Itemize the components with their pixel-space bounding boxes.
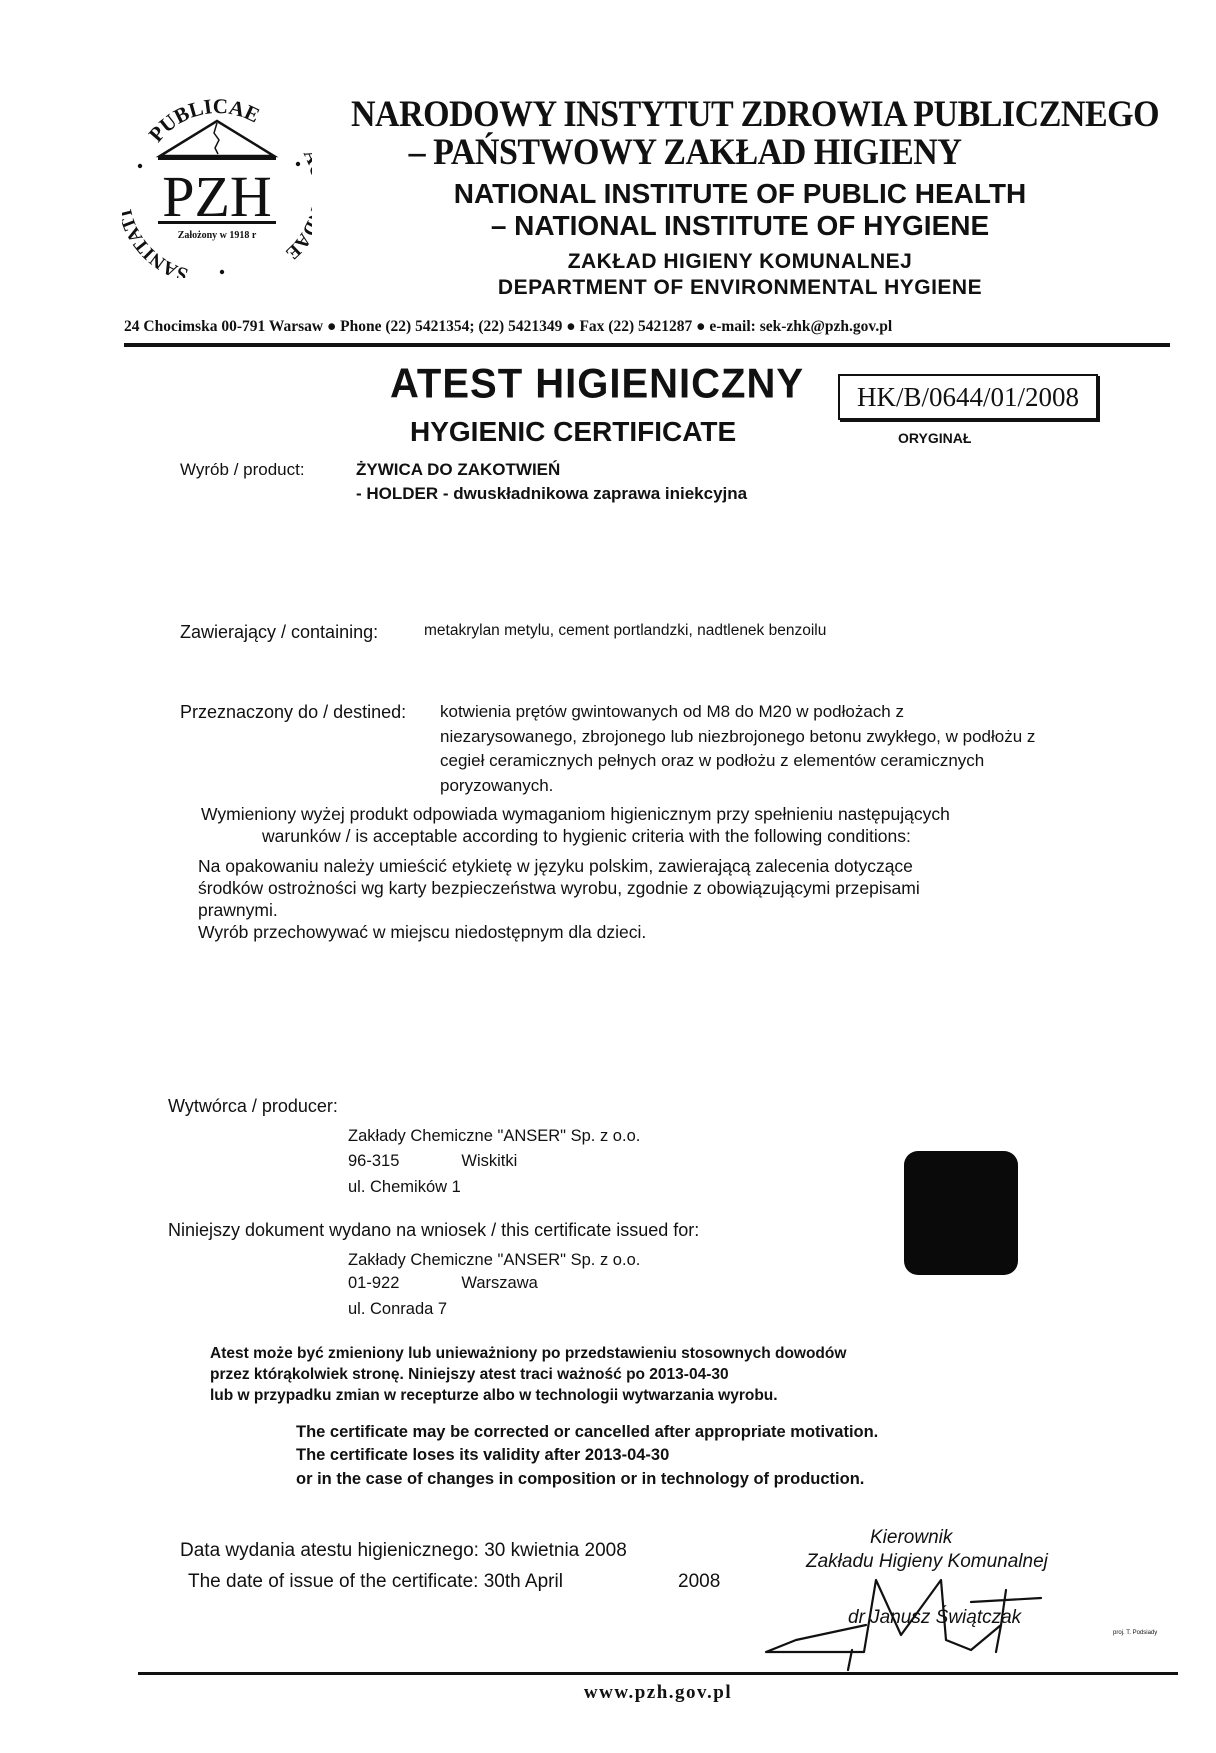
producer-label: Wytwórca / producer: — [168, 1096, 338, 1117]
institute-name-en-2: – NATIONAL INSTITUTE OF HYGIENE — [400, 210, 1080, 242]
header-divider — [124, 343, 1170, 347]
institute-name-pl-2: – PAŃSTWOWY ZAKŁAD HIGIENY — [330, 132, 1040, 173]
issued-for-label: Niniejszy dokument wydano na wniosek / t… — [168, 1220, 699, 1241]
footer-website-link[interactable]: www.pzh.gov.pl — [0, 1682, 1216, 1704]
condition-line: prawnymi. — [198, 900, 278, 921]
redacted-stamp — [904, 1151, 1018, 1275]
contact-line: 24 Chocimska 00-791 Warsaw ● Phone (22) … — [124, 318, 1174, 336]
producer-company: Zakłady Chemiczne "ANSER" Sp. z o.o. — [348, 1127, 640, 1146]
footer-divider — [138, 1672, 1178, 1675]
issue-date-en-year: 2008 — [678, 1571, 720, 1593]
issue-date-en: The date of issue of the certificate: 30… — [188, 1571, 563, 1593]
containing-label: Zawierający / containing: — [180, 622, 378, 643]
destined-line: cegieł ceramicznych pełnych oraz w podło… — [440, 751, 984, 771]
pzh-logo: PUBLICAE SANITATI AUGENDAE PZH Założony … — [122, 88, 312, 278]
validity-pl-line: przez którąkolwiek stronę. Niniejszy ate… — [210, 1366, 729, 1384]
issued-for-street: ul. Conrada 7 — [348, 1300, 447, 1319]
producer-postal-city: 96-315Wiskitki — [348, 1152, 517, 1171]
producer-street: ul. Chemików 1 — [348, 1178, 461, 1197]
copy-type-label: ORYGINAŁ — [898, 430, 971, 446]
certificate-number: HK/B/0644/01/2008 — [857, 382, 1079, 412]
condition-line: Na opakowaniu należy umieścić etykietę w… — [198, 856, 913, 877]
condition-line: środków ostrożności wg karty bezpieczeńs… — [198, 878, 920, 899]
destined-line: niezarysowanego, zbrojonego lub niezbroj… — [440, 727, 1035, 747]
product-label: Wyrób / product: — [180, 460, 305, 480]
logo-founded: Założony w 1918 r — [178, 230, 257, 241]
department-pl: ZAKŁAD HIGIENY KOMUNALNEJ — [400, 250, 1080, 274]
department-en: DEPARTMENT OF ENVIRONMENTAL HYGIENE — [400, 276, 1080, 300]
certificate-number-box: HK/B/0644/01/2008 — [838, 374, 1098, 420]
institute-name-pl-1: NARODOWY INSTYTUT ZDROWIA PUBLICZNEGO — [330, 94, 1180, 135]
producer-city: Wiskitki — [461, 1152, 517, 1171]
destined-label: Przeznaczony do / destined: — [180, 702, 406, 723]
issued-for-postal-city: 01-922Warszawa — [348, 1274, 538, 1293]
product-name-line-2: - HOLDER - dwuskładnikowa zaprawa iniekc… — [356, 484, 747, 504]
certificate-title-pl: ATEST HIGIENICZNY — [390, 361, 804, 408]
signatory-role-1: Kierownik — [870, 1527, 952, 1549]
validity-en-line: The certificate loses its validity after… — [296, 1446, 669, 1465]
acceptance-line-2: warunków / is acceptable according to hy… — [262, 826, 911, 847]
containing-value: metakrylan metylu, cement portlandzki, n… — [424, 622, 826, 640]
designer-note: proj. T. Podsiady — [1113, 1630, 1157, 1636]
issued-for-company: Zakłady Chemiczne "ANSER" Sp. z o.o. — [348, 1251, 640, 1270]
validity-pl-line: lub w przypadku zmian w recepturze albo … — [210, 1387, 778, 1405]
issued-for-postal-code: 01-922 — [348, 1274, 399, 1292]
logo-monogram: PZH — [162, 164, 272, 229]
destined-line: kotwienia prętów gwintowanych od M8 do M… — [440, 702, 904, 722]
signatory-name: dr Janusz Świątczak — [848, 1607, 1021, 1629]
certificate-title-en: HYGIENIC CERTIFICATE — [410, 416, 736, 448]
product-name-line-1: ŻYWICA DO ZAKOTWIEŃ — [356, 460, 560, 480]
validity-en-line: The certificate may be corrected or canc… — [296, 1423, 878, 1442]
acceptance-line-1: Wymieniony wyżej produkt odpowiada wymag… — [201, 804, 950, 825]
validity-pl-line: Atest może być zmieniony lub unieważnion… — [210, 1345, 846, 1363]
institute-name-en-1: NATIONAL INSTITUTE OF PUBLIC HEALTH — [400, 178, 1080, 210]
issue-date-pl: Data wydania atestu higienicznego: 30 kw… — [180, 1540, 627, 1562]
condition-line: Wyrób przechowywać w miejscu niedostępny… — [198, 922, 646, 943]
producer-postal-code: 96-315 — [348, 1152, 399, 1170]
issued-for-city: Warszawa — [461, 1274, 537, 1293]
destined-line: poryzowanych. — [440, 776, 553, 796]
validity-en-line: or in the case of changes in composition… — [296, 1470, 864, 1489]
